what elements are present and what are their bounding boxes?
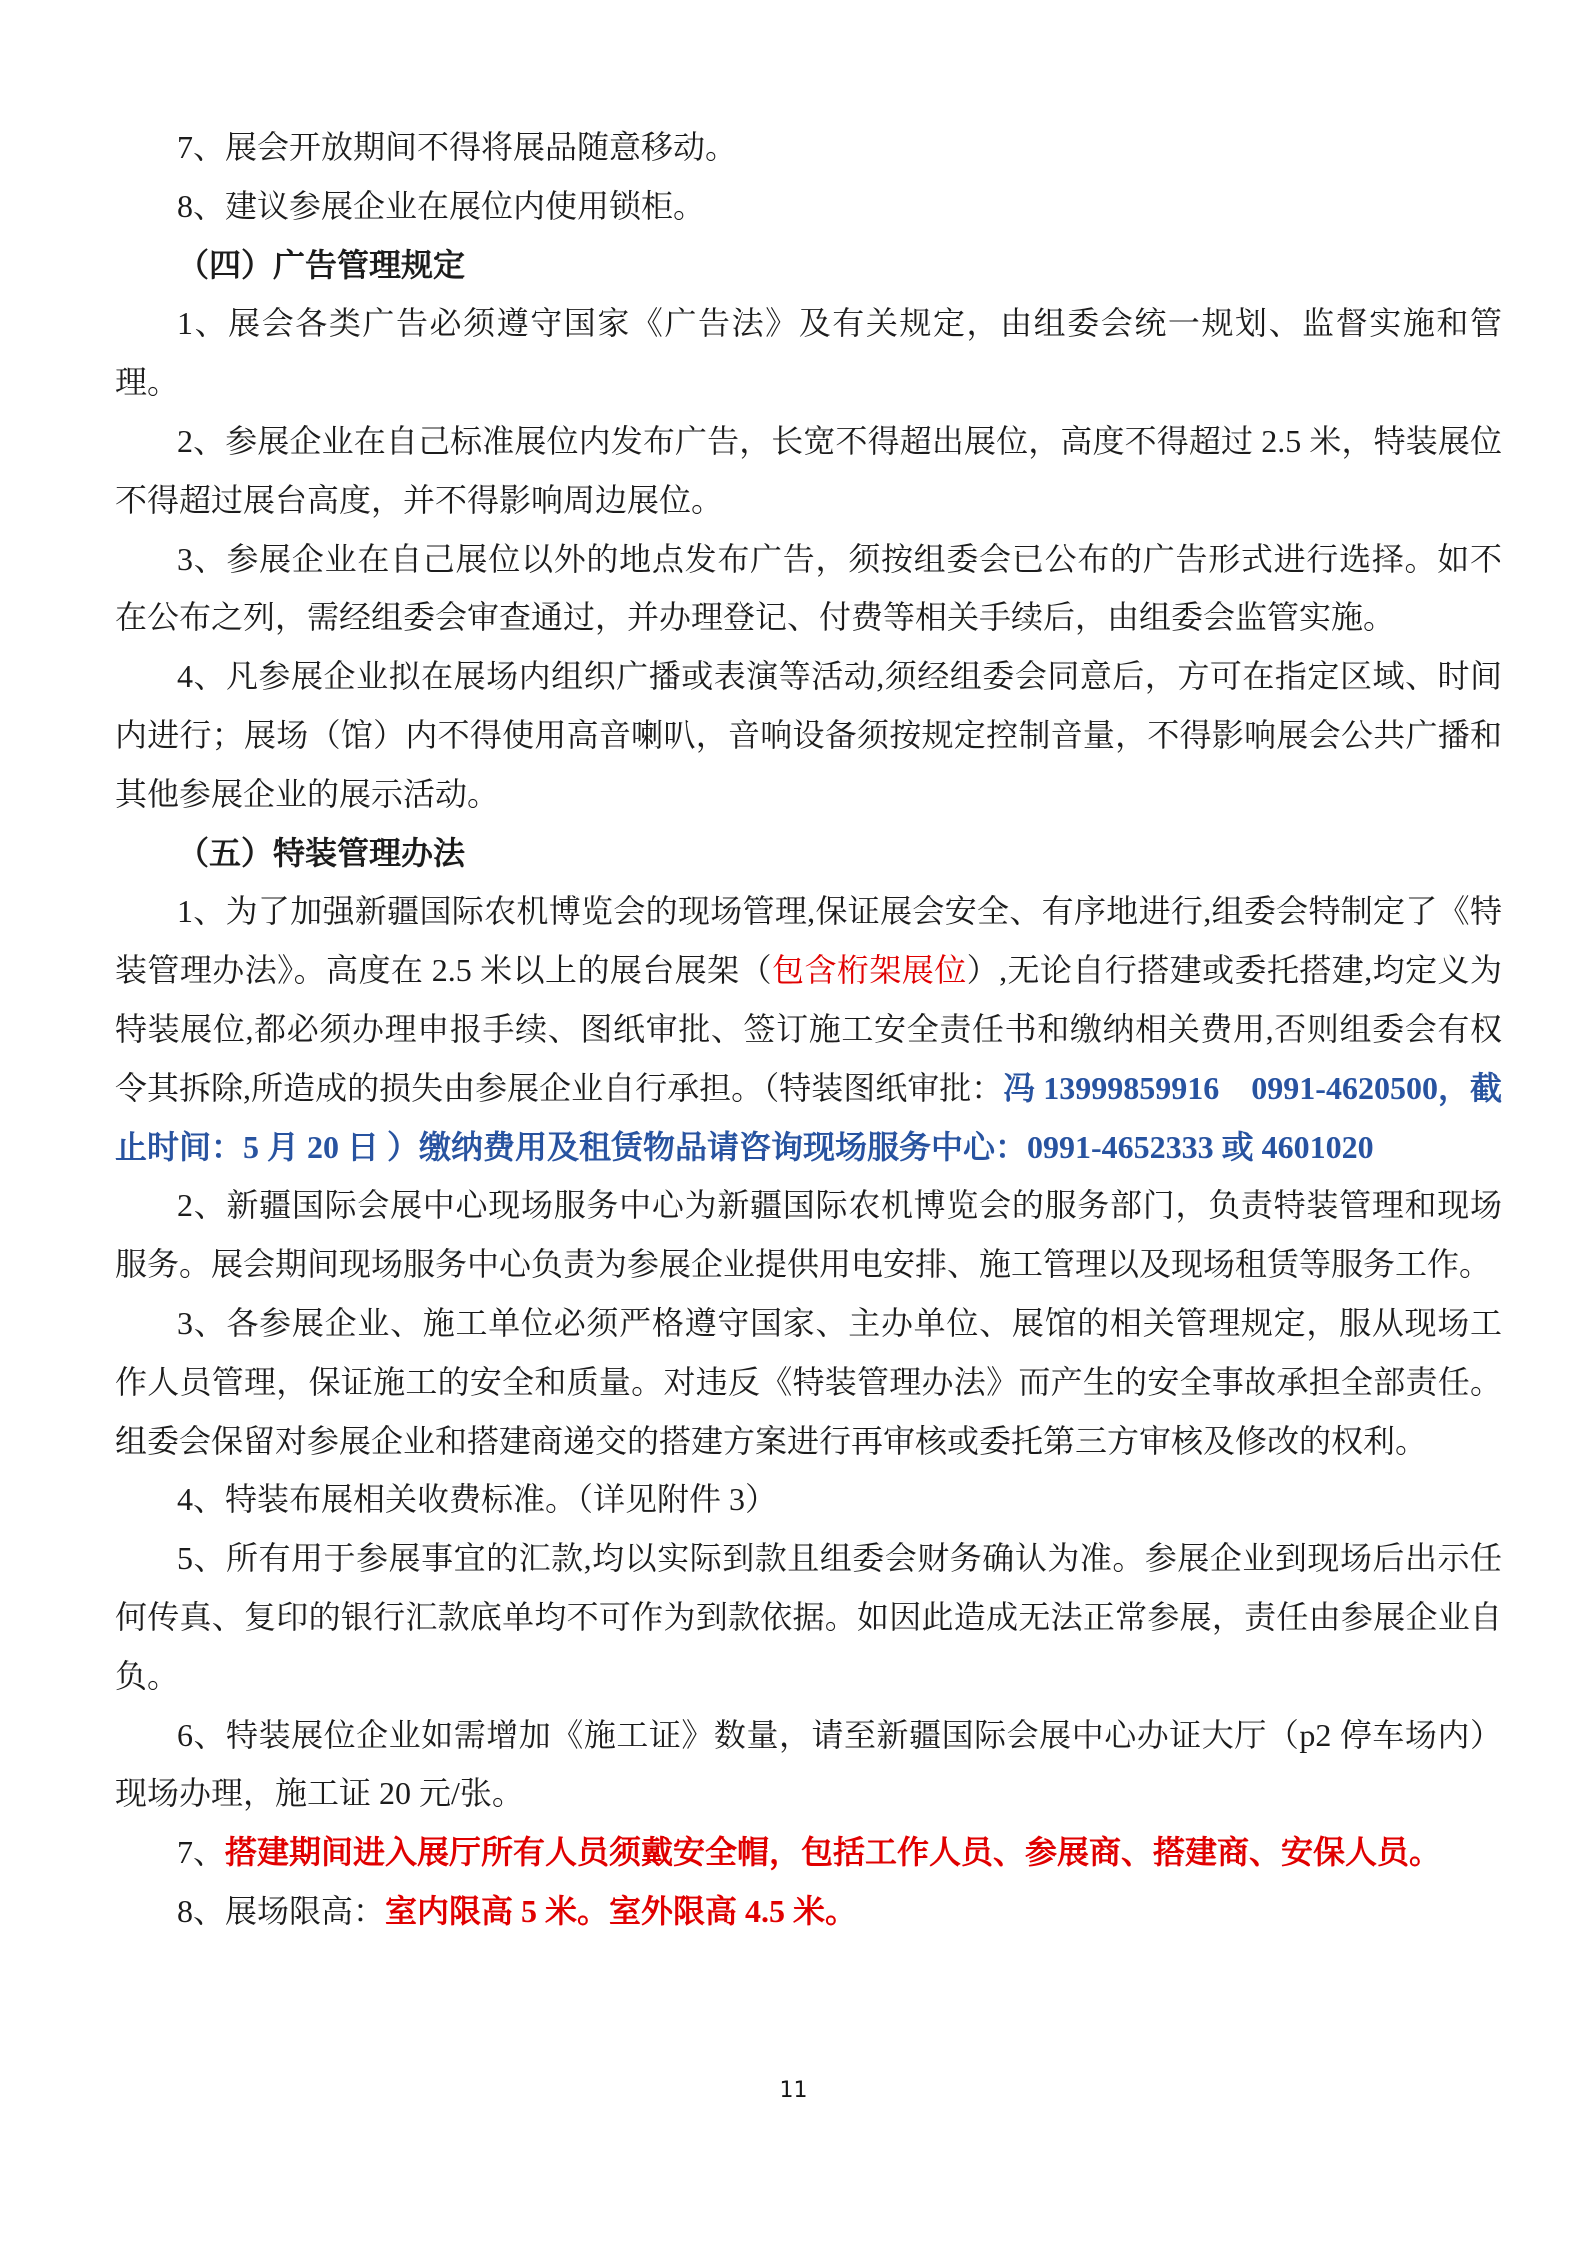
text-segment-normal: 8、展场限高： (177, 1893, 385, 1929)
paragraph: 2、参展企业在自己标准展位内发布广告，长宽不得超出展位，高度不得超过 2.5 米… (115, 412, 1502, 530)
paragraph: 4、凡参展企业拟在展场内组织广播或表演等活动,须经组委会同意后，方可在指定区域、… (115, 647, 1502, 823)
text-segment-normal: 8、建议参展企业在展位内使用锁柜。 (177, 188, 705, 224)
paragraph: 3、参展企业在自己展位以外的地点发布广告，须按组委会已公布的广告形式进行选择。如… (115, 530, 1502, 648)
text-segment-normal: 4、特装布展相关收费标准。（详见附件 3） (177, 1481, 777, 1517)
text-segment-normal: 5、所有用于参展事宜的汇款,均以实际到款且组委会财务确认为准。参展企业到现场后出… (115, 1540, 1502, 1694)
text-segment-red-bold: 搭建期间进入展厅所有人员须戴安全帽，包括工作人员、参展商、搭建商、安保人员。 (225, 1834, 1441, 1870)
paragraph: 2、新疆国际会展中心现场服务中心为新疆国际农机博览会的服务部门，负责特装管理和现… (115, 1176, 1502, 1294)
paragraph: 4、特装布展相关收费标准。（详见附件 3） (115, 1470, 1502, 1529)
document-body: 7、展会开放期间不得将展品随意移动。8、建议参展企业在展位内使用锁柜。（四）广告… (115, 118, 1502, 1941)
text-segment-normal: （四）广告管理规定 (177, 247, 465, 283)
text-segment-red-bold: 室内限高 5 米。室外限高 4.5 米。 (385, 1893, 857, 1929)
paragraph: 6、特装展位企业如需增加《施工证》数量，请至新疆国际会展中心办证大厅（p2 停车… (115, 1706, 1502, 1824)
paragraph: 3、各参展企业、施工单位必须严格遵守国家、主办单位、展馆的相关管理规定，服从现场… (115, 1294, 1502, 1470)
paragraph: 5、所有用于参展事宜的汇款,均以实际到款且组委会财务确认为准。参展企业到现场后出… (115, 1529, 1502, 1705)
text-segment-normal: 3、各参展企业、施工单位必须严格遵守国家、主办单位、展馆的相关管理规定，服从现场… (115, 1305, 1502, 1459)
text-segment-normal: 3、参展企业在自己展位以外的地点发布广告，须按组委会已公布的广告形式进行选择。如… (115, 541, 1502, 636)
section-heading: （五）特装管理办法 (115, 824, 1502, 883)
text-segment-normal: 1、展会各类广告必须遵守国家《广告法》及有关规定，由组委会统一规划、监督实施和管… (115, 305, 1502, 400)
paragraph: 7、展会开放期间不得将展品随意移动。 (115, 118, 1502, 177)
text-segment-normal: 2、参展企业在自己标准展位内发布广告，长宽不得超出展位，高度不得超过 2.5 米… (115, 423, 1502, 518)
text-segment-normal: （五）特装管理办法 (177, 835, 465, 871)
paragraph: 8、展场限高：室内限高 5 米。室外限高 4.5 米。 (115, 1882, 1502, 1941)
page-number: 11 (0, 2078, 1587, 2103)
text-segment-normal: 7、 (177, 1834, 225, 1870)
paragraph: 1、展会各类广告必须遵守国家《广告法》及有关规定，由组委会统一规划、监督实施和管… (115, 294, 1502, 412)
paragraph: 7、搭建期间进入展厅所有人员须戴安全帽，包括工作人员、参展商、搭建商、安保人员。 (115, 1823, 1502, 1882)
text-segment-red: 包含桁架展位 (772, 952, 967, 988)
paragraph: 8、建议参展企业在展位内使用锁柜。 (115, 177, 1502, 236)
text-segment-normal: 6、特装展位企业如需增加《施工证》数量，请至新疆国际会展中心办证大厅（p2 停车… (115, 1717, 1502, 1812)
document-page: 7、展会开放期间不得将展品随意移动。8、建议参展企业在展位内使用锁柜。（四）广告… (0, 0, 1587, 2245)
text-segment-normal: 4、凡参展企业拟在展场内组织广播或表演等活动,须经组委会同意后，方可在指定区域、… (115, 658, 1502, 812)
paragraph: 1、为了加强新疆国际农机博览会的现场管理,保证展会安全、有序地进行,组委会特制定… (115, 882, 1502, 1176)
text-segment-normal: 2、新疆国际会展中心现场服务中心为新疆国际农机博览会的服务部门，负责特装管理和现… (115, 1187, 1502, 1282)
section-heading: （四）广告管理规定 (115, 236, 1502, 295)
text-segment-normal: 7、展会开放期间不得将展品随意移动。 (177, 129, 737, 165)
